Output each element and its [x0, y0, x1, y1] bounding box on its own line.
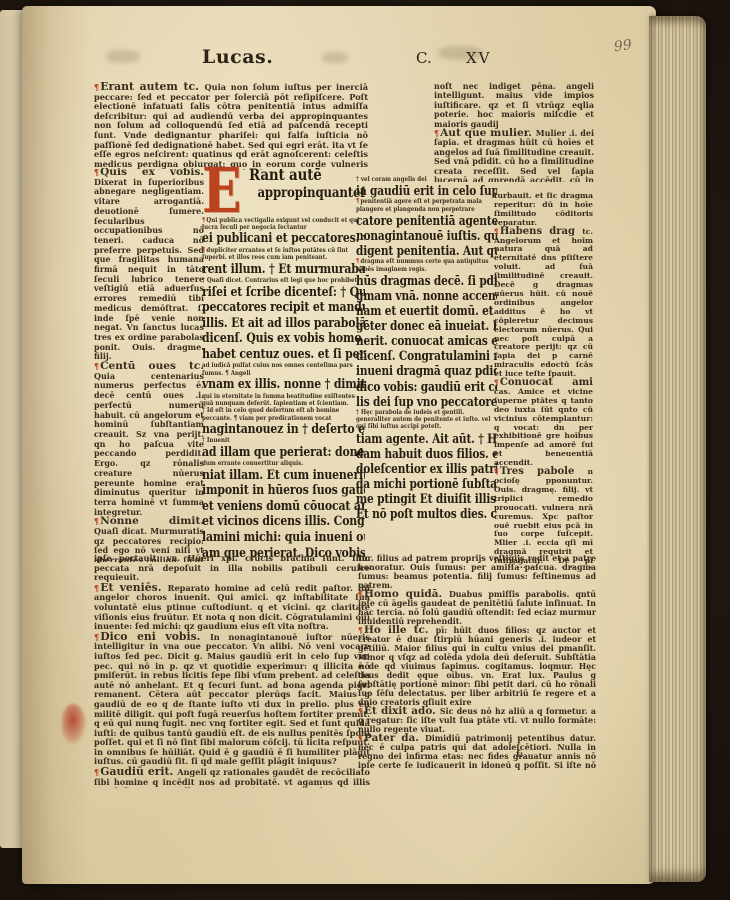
bible-text-line: dicenſ. Congratulamini michi. qz	[356, 348, 497, 363]
bible-text-line: et vicinos dicens illis. Congratu	[202, 514, 365, 530]
chapter-label: C.	[416, 49, 432, 67]
commentary-paragraph: ¶Dico eni vobis. In nonagintanouē iuſtor…	[94, 632, 370, 767]
red-ink-stain	[62, 704, 86, 744]
commentary-paragraph: ¶Habens drag tc. Angelorum et hoīm natur…	[494, 228, 593, 379]
bible-text-line: inueni dragmā quaz pdiderā. Ita	[356, 363, 497, 378]
bible-text-line: Et nō poſt multos dies. cōgregatiſ	[356, 506, 497, 521]
gutter-shadow	[22, 6, 92, 884]
commentary-paragraph: ¶Aut que mulier. Mulier .i. dei ſapia. e…	[434, 129, 594, 182]
interlinear-gloss-line: † vel coram angelis dei	[356, 176, 497, 183]
red-pilcrow-mark: ¶	[202, 216, 206, 224]
red-pilcrow-mark: ¶	[356, 197, 360, 205]
interlinear-gloss-line: qui in eternitate in ſumma beatitudine e…	[202, 393, 365, 408]
commentary-paragraph: turbauit. et ſic dragma reperitur: dū in…	[494, 192, 593, 228]
bible-text-line: me ptingit Et diuiſit illis ſubſtāiā	[356, 491, 497, 506]
red-pilcrow-mark: ¶	[94, 583, 99, 593]
paragraph-lead-words: Habens drag	[500, 226, 582, 237]
commentary-paragraph: ¶Gaudiū erit. Angeli qz rationales gaudē…	[94, 767, 370, 788]
bible-text-line: nagintanouez in † deſerto et † vadit	[202, 422, 365, 438]
commentary-block-top-left: ¶Erant autem tc. Quia non ſolum iuſtus p…	[94, 82, 368, 170]
paragraph-lead-words: Quis ex vobis.	[100, 168, 204, 178]
commentary-paragraph: ¶Pater da. Dimidiū patrimonij petentibus…	[358, 734, 596, 770]
red-pilcrow-mark: ¶	[494, 378, 499, 387]
bible-text-column-right: † vel coram angelis deiia gaudiū erit in…	[356, 176, 497, 568]
interlinear-gloss-line: † Id eſt in celo quod deſertum eſt ab ho…	[202, 407, 365, 422]
commentary-column-right: turbauit. et ſic dragma reperitur: dū in…	[494, 192, 593, 568]
bible-text-line: gmam vnā. nonne accendit lucer	[356, 288, 497, 303]
bible-text-line: dico vobis: gaudiū erit corā ange	[356, 379, 497, 394]
bible-text-line: hūs dragmas decē. ſi pdiderit dra	[356, 273, 497, 288]
handwritten-folio-number: 99	[613, 37, 633, 55]
commentary-paragraph: noſt nec indiget pēna. angeli intelligun…	[434, 82, 594, 129]
commentary-block-top-right: noſt nec indiget pēna. angeli intelligun…	[434, 82, 594, 182]
commentary-paragraph: ¶Et dixit ado. Sic deus nō hz aliū a q f…	[358, 707, 596, 734]
red-pilcrow-mark: ¶	[434, 128, 439, 138]
bible-text-line: dicenſ. Quis ex vobis homo qui	[202, 331, 365, 347]
commentary-paragraph: ¶Erant autem tc. Quia non ſolum iuſtus p…	[94, 82, 368, 170]
commentary-paragraph: ¶Centū oues tc. Quia centenarius numerus…	[94, 362, 204, 517]
interlinear-gloss-line: ¶penitentiā agere eſt et perpetrata mala…	[356, 198, 497, 213]
bible-text-line: rent illum. † Et murmurabant pha	[202, 262, 365, 278]
book-photograph: Lucas. C. XV 99 ¶Erant autem tc. Quia no…	[0, 0, 730, 900]
interlinear-gloss-line: † Inuenit	[202, 437, 365, 444]
red-pilcrow-mark: ¶	[494, 227, 499, 236]
decorated-initial-E: E	[202, 166, 249, 217]
bible-text-line: Rant autē	[249, 166, 365, 184]
paragraph-lead-words: Erant autem tc.	[100, 82, 204, 93]
commentary-paragraph: ¶Quis ex vobis. Dixerat in ſuperioribus …	[94, 168, 204, 362]
commentary-paragraph: ¶Ho ille tc. pī: hūit duos filios: qz au…	[358, 626, 596, 707]
bible-text-line: riſei et ſcribe dicenteſ: † Quia hic	[202, 285, 365, 301]
red-pilcrow-mark: ¶	[358, 734, 363, 743]
bible-lines-right: † vel coram angelis deiia gaudiū erit in…	[356, 176, 497, 521]
running-header: Lucas. C. XV	[22, 46, 656, 72]
bible-text-line: gēter donec eā inueiat. Et cū inue	[356, 318, 497, 333]
red-pilcrow-mark: ¶	[358, 590, 363, 599]
paragraph-lead-words: Homo quidā.	[364, 588, 449, 600]
red-pilcrow-mark: ¶	[94, 361, 99, 371]
bible-lines-left: ¶Qui publica vectigalia exigunt vel cond…	[202, 217, 365, 561]
interlinear-gloss-line: ad iudicā pulſat cuius nos omnes centeſi…	[202, 362, 365, 377]
bible-text-line: illis. Et ait ad illos parabolā iſtaz	[202, 316, 365, 332]
quire-signature: f:	[516, 750, 523, 760]
chapter-numeral: XV	[466, 49, 492, 67]
paragraph-lead-words: Pater da.	[364, 732, 425, 744]
running-title: Lucas.	[202, 46, 273, 68]
bible-text-line: catore penitentiā agente. qz ſuper	[356, 213, 497, 228]
bible-text-line: et veniens domū cōuocat amicos	[202, 499, 365, 515]
chapter-opening: E Rant autē appropinquanteſ	[202, 166, 365, 217]
commentary-block-bottom-right: tur. filius ad patrem proprijs veſtigijs…	[358, 554, 596, 770]
red-pilcrow-mark: ¶	[94, 168, 99, 177]
commentary-paragraph: ipſe portauit. vn. Hūeri xpi. crucis bra…	[94, 554, 370, 583]
red-pilcrow-mark: ¶	[94, 82, 99, 92]
paragraph-lead-words: Conuocat ami	[500, 377, 593, 388]
fore-edge-page-stack	[649, 16, 706, 882]
paragraph-lead-words: Et dixit ado.	[364, 705, 440, 717]
bible-text-line: digent penitentia. Aut quę mulier	[356, 243, 497, 258]
paragraph-lead-words: Gaudiū erit.	[100, 765, 177, 778]
bible-text-line: nam et euertit domū. et quęrit dili	[356, 303, 497, 318]
interlinear-gloss-line: ¶dupliciter errantes et ſe iuſtos putāte…	[202, 247, 365, 262]
bible-text-line: appropinquanteſ	[249, 184, 365, 202]
paragraph-lead-words: Aut que mulier.	[440, 127, 536, 139]
bible-text-line: da michi portionē ſubſtantię quę	[356, 476, 497, 491]
red-pilcrow-mark: ¶	[356, 257, 360, 265]
commentary-paragraph: ¶Tres pabole n ocioſę pponuntur. Ouis. d…	[494, 468, 593, 568]
bible-text-line: vnam ex illis. nonne † dimittit no	[202, 377, 365, 393]
bible-text-line: doleſcentior ex illis patri. Pater.	[356, 461, 497, 476]
interlinear-gloss-line: † Hęc parabola de iudeis et gentili. gen…	[356, 409, 497, 431]
commentary-block-bottom-left: ipſe portauit. vn. Hūeri xpi. crucis bra…	[94, 554, 370, 788]
commentary-paragraph: tur. filius ad patrem proprijs veſtigijs…	[358, 554, 596, 590]
bible-text-line: imponit in hūeros ſuos gaudēs.	[202, 483, 365, 499]
paragraph-lead-words: Dico eni vobis.	[100, 630, 210, 643]
interlinear-gloss-line: ¶Qui publica vectigalia exigunt vel cond…	[202, 217, 365, 232]
red-pilcrow-mark: ¶	[94, 632, 99, 642]
bible-text-column-left: E Rant autē appropinquanteſ ¶Qui publica…	[202, 166, 365, 562]
red-pilcrow-mark: ¶	[94, 516, 99, 526]
bible-text-line: peccatores recipit et manducat cū	[202, 300, 365, 316]
bible-text-line: tiam agente. Ait aūt. † Homo qui	[356, 431, 497, 446]
commentary-paragraph: ¶Homo quidā. Duabus pmiſſis parabolis. q…	[358, 590, 596, 626]
paragraph-lead-words: Tres pabole	[500, 466, 588, 477]
paragraph-lead-words: Nonne dimit.	[100, 515, 204, 527]
book-page: Lucas. C. XV 99 ¶Erant autem tc. Quia no…	[22, 6, 656, 884]
red-pilcrow-mark: ¶	[358, 707, 363, 716]
bible-text-line: niat illam. Et cum inuenerit eam:	[202, 468, 365, 484]
red-pilcrow-mark: ¶	[202, 246, 206, 254]
red-pilcrow-mark: ¶	[94, 767, 99, 777]
commentary-column-left: ¶Quis ex vobis. Dixerat in ſuperioribus …	[94, 168, 204, 562]
paragraph-lead-words: Centū oues tc.	[100, 360, 204, 372]
bible-text-line: lamini michi: quia inueni ouē me	[202, 530, 365, 546]
bible-text-line: lis dei ſup vno peccatore pēniten	[356, 394, 497, 409]
paragraph-lead-words: Et veniēs.	[100, 581, 167, 594]
commentary-paragraph: ¶Conuocat ami cas. Amice et vicine ſuper…	[494, 379, 593, 468]
bible-text-line: ei publicani et peccatores. vt audi	[202, 231, 365, 247]
interlinear-gloss-line: † Quaſi dicet. Contrarius eſt legi que h…	[202, 277, 365, 284]
paragraph-lead-words: Ho ille tc.	[364, 624, 436, 636]
bible-text-line: habet centuz oues. et ſi perdiderit	[202, 347, 365, 363]
bible-text-line: dam habuit duos filios. et dixit a	[356, 446, 497, 461]
bible-text-line: nerit. conuocat amicas et vicinas	[356, 333, 497, 348]
red-pilcrow-mark: ¶	[494, 467, 499, 476]
bible-text-line: ad illam que perierat: donec inue	[202, 445, 365, 461]
commentary-paragraph: ¶Et veniēs. Reparato homine ad celū redi…	[94, 583, 370, 632]
interlinear-gloss-line: ¶dragma eſt nummus certe qua antiquitus …	[356, 258, 497, 273]
interlinear-gloss-line: dum errante conuertitur aliquis.	[202, 460, 365, 467]
bible-text-line: ia gaudiū erit in celo ſup vno pec	[356, 183, 497, 198]
bible-text-line: nonagintanouē iuſtis. qui non in	[356, 228, 497, 243]
red-pilcrow-mark: ¶	[358, 626, 363, 635]
